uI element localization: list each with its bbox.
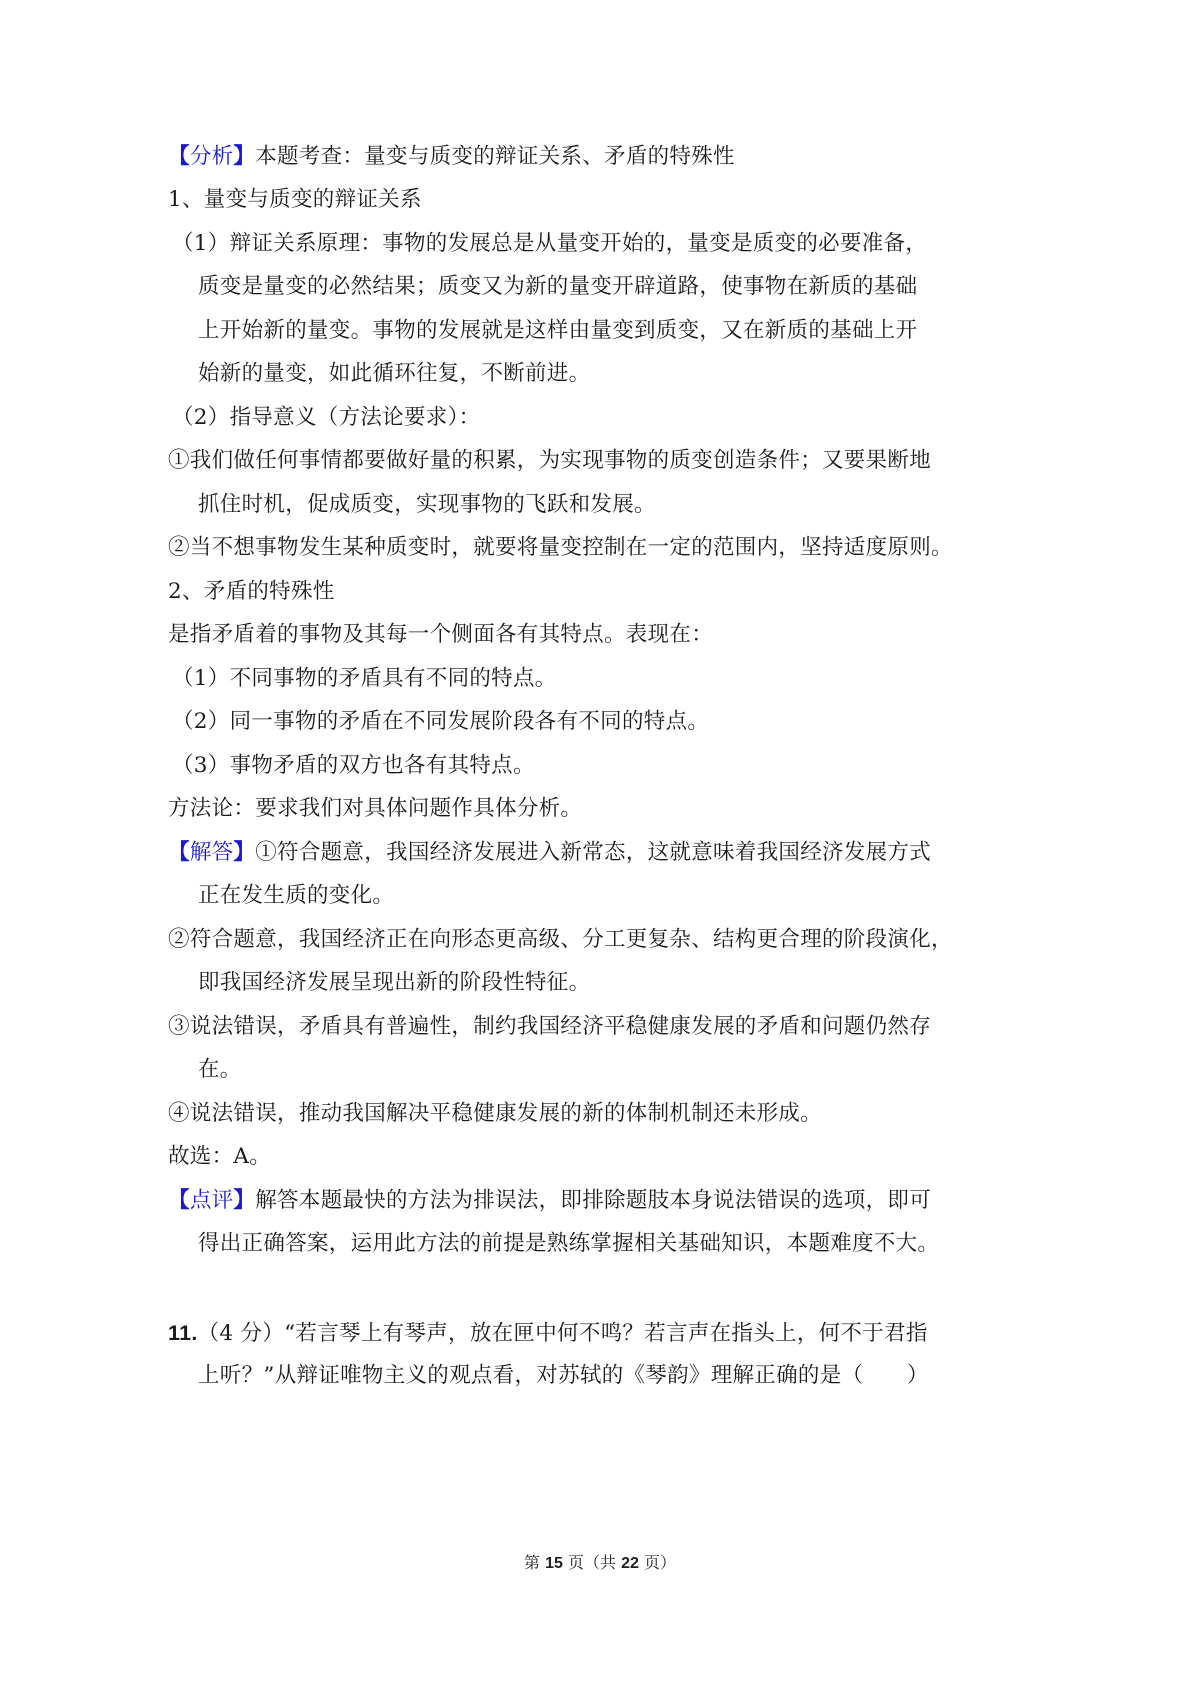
s2-item-2: （2）同一事物的矛盾在不同发展阶段各有不同的特点。 [172,707,709,737]
bracket-open: 【 [168,1188,190,1213]
footer-mid: 页（共 [568,1553,616,1572]
answer-heading: 【解答】①符合题意，我国经济发展进入新常态，这就意味着我国经济发展方式 [168,838,931,868]
analysis-intro: 本题考查：量变与质变的辩证关系、矛盾的特殊性 [255,144,735,169]
footer-suffix: 页） [644,1553,676,1572]
analysis-heading: 【分析】本题考查：量变与质变的辩证关系、矛盾的特殊性 [168,142,735,172]
bracket-open: 【 [168,144,190,169]
s1-p2-item1-line-1: ①我们做任何事情都要做好量的积累，为实现事物的质变创造条件；又要果断地 [168,446,931,476]
s2-item-1: （1）不同事物的矛盾具有不同的特点。 [172,664,557,694]
bracket-close: 】 [233,1188,255,1213]
bracket-open: 【 [168,840,190,865]
s1-p1-line-1: （1）辩证关系原理：事物的发展总是从量变开始的，量变是质变的必要准备， [172,229,927,259]
analysis-tag: 分析 [190,144,234,169]
s2-method: 方法论：要求我们对具体问题作具体分析。 [168,794,582,824]
comment-tag: 点评 [190,1188,234,1213]
answer-item1-line-2: 正在发生质的变化。 [198,881,394,911]
s1-p1-line-4: 始新的量变，如此循环往复，不断前进。 [198,359,590,389]
total-page-number: 22 [621,1555,639,1572]
s1-p2-item1-line-2: 抓住时机，促成质变，实现事物的飞跃和发展。 [198,490,656,520]
bracket-close: 】 [233,840,255,865]
answer-choice: 故选：A。 [168,1142,271,1172]
answer-item2-line-1: ②符合题意，我国经济正在向形态更高级、分工更复杂、结构更合理的阶段演化， [168,925,953,955]
footer-prefix: 第 [524,1553,540,1572]
answer-item1-line-1: ①符合题意，我国经济发展进入新常态，这就意味着我国经济发展方式 [255,840,931,865]
comment-heading: 【点评】解答本题最快的方法为排误法，即排除题肢本身说法错误的选项，即可 [168,1186,931,1216]
question-text-line-1: “若言琴上有琴声，放在匣中何不鸣？若言声在指头上，何不于君指 [284,1321,928,1346]
bracket-close: 】 [233,144,255,169]
answer-item3-line-2: 在。 [198,1055,242,1085]
section-2-definition: 是指矛盾着的事物及其每一个侧面各有其特点。表现在： [168,620,713,650]
current-page-number: 15 [545,1555,563,1572]
s2-item-3: （3）事物矛盾的双方也各有其特点。 [172,751,535,781]
section-1-title: 1、量变与质变的辩证关系 [168,185,422,215]
section-2-title: 2、矛盾的特殊性 [168,577,335,607]
s1-p1-line-3: 上开始新的量变。事物的发展就是这样由量变到质变，又在新质的基础上开 [198,316,917,346]
answer-item3-line-1: ③说法错误，矛盾具有普遍性，制约我国经济平稳健康发展的矛盾和问题仍然存 [168,1012,931,1042]
question-11-line-1: 11.（4 分）“若言琴上有琴声，放在匣中何不鸣？若言声在指头上，何不于君指 [168,1318,928,1349]
question-11-line-2: 上听？”从辩证唯物主义的观点看，对苏轼的《琴韵》理解正确的是（ ） [198,1361,929,1391]
answer-item4: ④说法错误，推动我国解决平稳健康发展的新的体制机制还未形成。 [168,1099,822,1129]
question-score: （4 分） [198,1321,285,1346]
page-footer: 第 15 页（共 22 页） [0,1550,1200,1573]
answer-tag: 解答 [190,840,234,865]
question-number: 11. [168,1321,198,1345]
s1-p1-line-2: 质变是量变的必然结果；质变又为新的量变开辟道路，使事物在新质的基础 [198,272,917,302]
s1-p2-title: （2）指导意义（方法论要求）： [172,403,480,433]
answer-item2-line-2: 即我国经济发展呈现出新的阶段性特征。 [198,968,590,998]
comment-line-1: 解答本题最快的方法为排误法，即排除题肢本身说法错误的选项，即可 [255,1188,931,1213]
document-page: 【分析】本题考查：量变与质变的辩证关系、矛盾的特殊性 1、量变与质变的辩证关系 … [0,0,1200,1698]
comment-line-2: 得出正确答案，运用此方法的前提是熟练掌握相关基础知识，本题难度不大。 [198,1229,939,1259]
s1-p2-item2: ②当不想事物发生某种质变时，就要将量变控制在一定的范围内，坚持适度原则。 [168,533,953,563]
